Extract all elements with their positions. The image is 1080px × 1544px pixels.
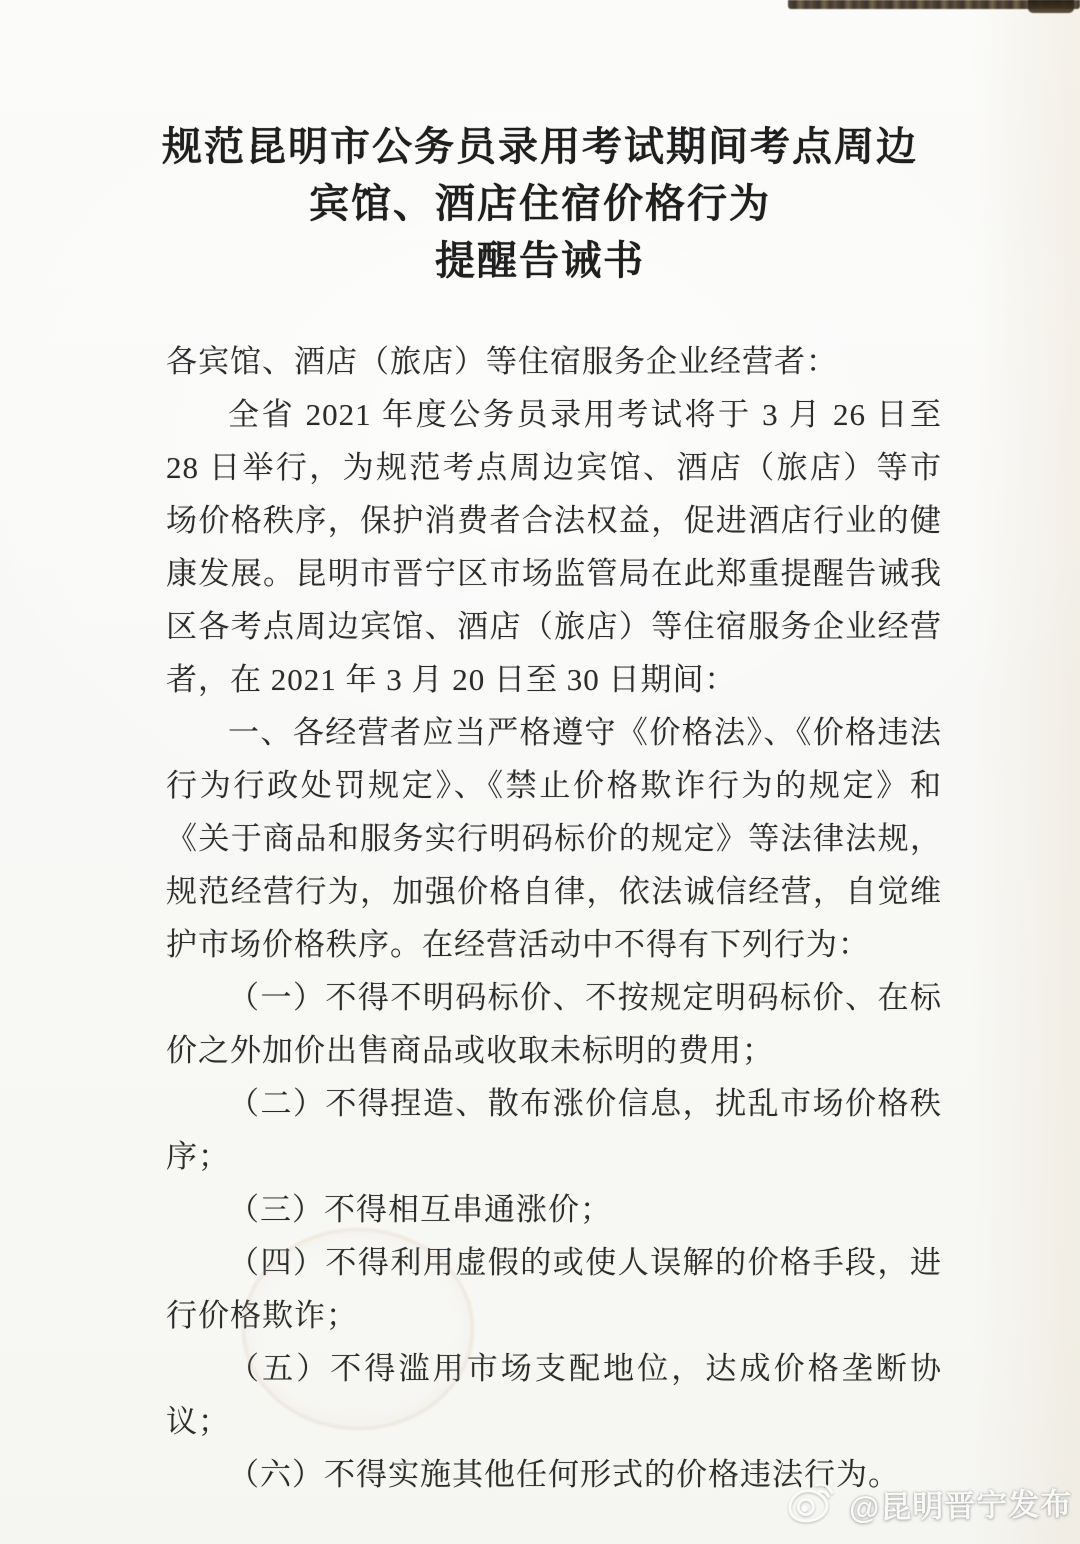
paragraph: （五）不得滥用市场支配地位，达成价格垄断协议； <box>166 1342 942 1448</box>
watermark-handle: @昆明晋宁发布 <box>848 1478 1072 1527</box>
title-line-1: 规范昆明市公务员录用考试期间考点周边 <box>70 118 1010 175</box>
document-body: 各宾馆、酒店（旅店）等住宿服务企业经营者： 全省 2021 年度公务员录用考试将… <box>166 335 942 1501</box>
document-title: 规范昆明市公务员录用考试期间考点周边 宾馆、酒店住宿价格行为 提醒告诫书 <box>70 118 1010 289</box>
weibo-icon <box>782 1476 841 1535</box>
weibo-watermark: @昆明晋宁发布 <box>782 1471 1072 1534</box>
title-line-3: 提醒告诫书 <box>70 232 1010 289</box>
paragraph: （一）不得不明码标价、不按规定明码标价、在标价之外加价出售商品或收取未标明的费用… <box>166 971 942 1077</box>
paragraph: （三）不得相互串通涨价； <box>166 1183 942 1236</box>
document-page: 规范昆明市公务员录用考试期间考点周边 宾馆、酒店住宿价格行为 提醒告诫书 各宾馆… <box>0 0 1080 1544</box>
paragraph: （四）不得利用虚假的或使人误解的价格手段，进行价格欺诈； <box>166 1236 942 1342</box>
paragraph: 全省 2021 年度公务员录用考试将于 3 月 26 日至 28 日举行，为规范… <box>166 388 942 706</box>
salutation: 各宾馆、酒店（旅店）等住宿服务企业经营者： <box>166 335 942 388</box>
document-photo: 规范昆明市公务员录用考试期间考点周边 宾馆、酒店住宿价格行为 提醒告诫书 各宾馆… <box>0 0 1080 1544</box>
paragraph: 一、各经营者应当严格遵守《价格法》、《价格违法行为行政处罚规定》、《禁止价格欺诈… <box>166 706 942 971</box>
paragraph: （二）不得捏造、散布涨价信息，扰乱市场价格秩序； <box>166 1077 942 1183</box>
title-line-2: 宾馆、酒店住宿价格行为 <box>70 175 1010 232</box>
